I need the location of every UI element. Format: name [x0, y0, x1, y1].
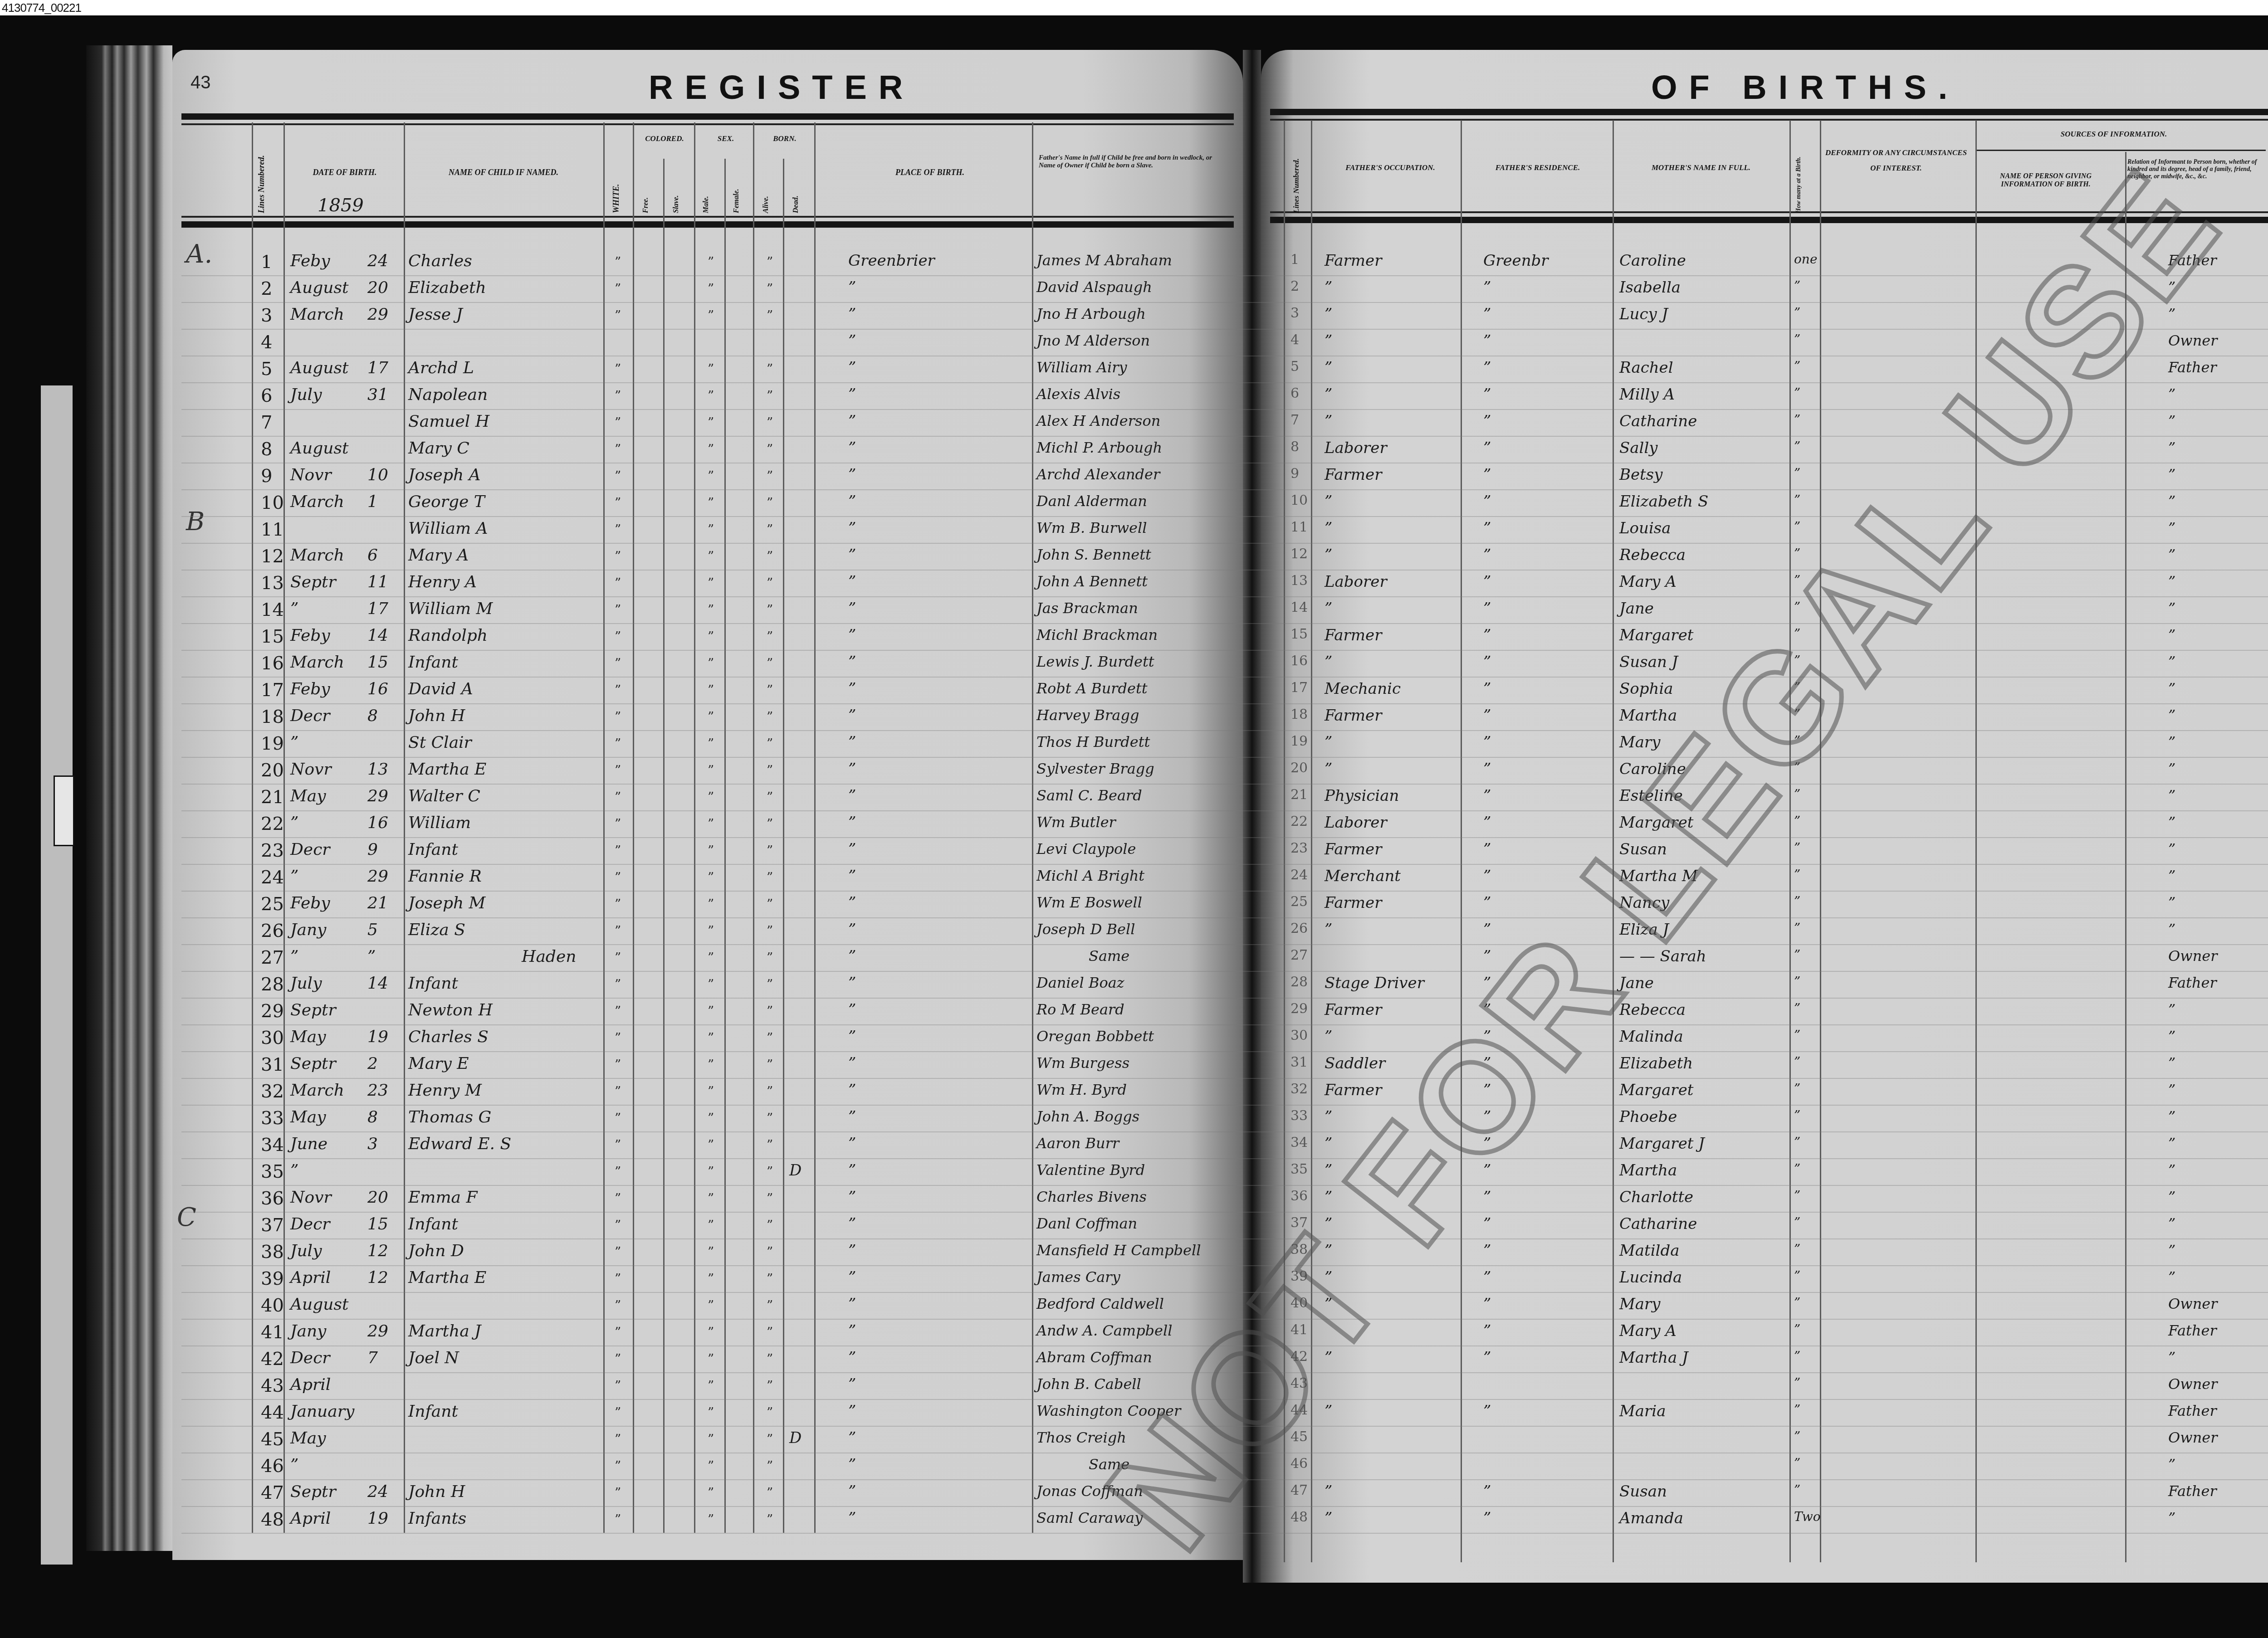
- ditto-mark: ”: [767, 254, 773, 269]
- mother-name: Betsy: [1619, 466, 1662, 484]
- how-many-at-birth: ”: [1794, 1215, 1800, 1230]
- ditto-mark: ”: [615, 709, 621, 724]
- header-father-occupation: FATHER'S OCCUPATION.: [1315, 163, 1465, 172]
- col-line: [603, 122, 605, 1533]
- place-of-birth: ”: [848, 439, 856, 457]
- line-number-right: 10: [1290, 492, 1308, 508]
- left-page-edges: [86, 45, 172, 1551]
- how-many-at-birth: ”: [1794, 385, 1800, 400]
- header-white: WHITE.: [611, 181, 621, 213]
- birth-month: January: [290, 1402, 354, 1421]
- col-line: [783, 159, 784, 1533]
- ditto-mark: ”: [767, 736, 773, 751]
- place-of-birth: ”: [848, 1001, 856, 1019]
- birth-day: 29: [367, 787, 388, 805]
- place-of-birth: ”: [848, 760, 856, 778]
- birth-month: August: [290, 359, 348, 377]
- father-residence: ”: [1483, 385, 1491, 404]
- birth-month: ”: [290, 1161, 298, 1180]
- birth-month: Septr: [290, 573, 336, 591]
- informant-relation: ”: [2168, 1268, 2175, 1286]
- ditto-mark: ”: [708, 1298, 714, 1313]
- row-rule: [181, 757, 2268, 758]
- child-name: Joseph A: [408, 466, 481, 484]
- ditto-mark: ”: [708, 1218, 714, 1233]
- place-of-birth: ”: [848, 573, 856, 591]
- line-number: 5: [261, 359, 272, 380]
- father-occupation: Merchant: [1325, 867, 1401, 885]
- mother-name: Catharine: [1619, 1215, 1697, 1233]
- child-name: Martha E: [408, 760, 486, 779]
- birth-day: 13: [367, 760, 388, 779]
- place-of-birth: ”: [848, 492, 856, 511]
- line-number-right: 28: [1290, 974, 1308, 990]
- line-number: 31: [261, 1054, 284, 1075]
- line-number-right: 21: [1290, 787, 1308, 803]
- place-of-birth: ”: [848, 519, 856, 537]
- birth-month: August: [290, 278, 348, 297]
- how-many-at-birth: ”: [1794, 359, 1800, 374]
- mother-name: Maria: [1619, 1402, 1666, 1420]
- header-lines-numbered-right: Lines Numbered.: [1292, 136, 1301, 213]
- header-deformity: DEFORMITY OR ANY CIRCUMSTANCES OF INTERE…: [1823, 145, 1969, 176]
- mother-name: Mary A: [1619, 1322, 1677, 1340]
- birth-month: Septr: [290, 1054, 336, 1073]
- informant-relation: ”: [2168, 573, 2175, 590]
- how-many-at-birth: ”: [1794, 1429, 1800, 1444]
- line-number: 3: [261, 305, 272, 326]
- ditto-mark: ”: [708, 1164, 714, 1179]
- birth-month: Novr: [290, 466, 332, 484]
- how-many-at-birth: ”: [1794, 412, 1800, 427]
- child-name: Eliza S: [408, 921, 465, 939]
- col-line: [404, 122, 405, 1533]
- birth-day: 14: [367, 626, 388, 645]
- informant-relation: ”: [2168, 1456, 2175, 1473]
- row-rule: [181, 917, 2268, 918]
- line-number-right: 33: [1290, 1108, 1308, 1124]
- informant-relation: ”: [2168, 840, 2175, 858]
- ditto-mark: ”: [708, 950, 714, 965]
- ditto-mark: ”: [615, 682, 621, 697]
- father-or-owner-name: Michl A Bright: [1036, 867, 1144, 884]
- line-number: 8: [261, 439, 272, 460]
- how-many-at-birth: ”: [1794, 439, 1800, 454]
- line-number-right: 16: [1290, 653, 1308, 669]
- informant-relation: ”: [2168, 466, 2175, 483]
- ditto-mark: ”: [708, 682, 714, 697]
- ditto-mark: ”: [708, 1244, 714, 1259]
- informant-relation: ”: [2168, 1242, 2175, 1259]
- how-many-at-birth: one: [1794, 252, 1817, 267]
- father-residence: ”: [1483, 359, 1491, 377]
- ditto-mark: ”: [767, 1298, 773, 1313]
- header-colored: COLORED.: [635, 134, 694, 143]
- line-number-right: 26: [1290, 921, 1308, 936]
- informant-relation: Father: [2168, 1402, 2217, 1419]
- informant-relation: ”: [2168, 1001, 2175, 1018]
- birth-month: Novr: [290, 1188, 332, 1207]
- ditto-mark: ”: [708, 1432, 714, 1447]
- how-many-at-birth: ”: [1794, 519, 1800, 534]
- line-number-right: 9: [1290, 466, 1299, 482]
- how-many-at-birth: ”: [1794, 492, 1800, 507]
- how-many-at-birth: ”: [1794, 1081, 1800, 1096]
- birth-day: 10: [367, 466, 388, 484]
- birth-month: Feby: [290, 626, 330, 645]
- line-number-right: 13: [1290, 573, 1308, 589]
- birth-month: May: [290, 1108, 326, 1126]
- ditto-mark: ”: [615, 1137, 621, 1152]
- birth-month: Feby: [290, 680, 330, 698]
- father-residence: ”: [1483, 278, 1491, 297]
- birth-day: 20: [367, 1188, 388, 1207]
- header-name-of-child: NAME OF CHILD IF NAMED.: [408, 168, 599, 177]
- mother-name: Martha J: [1619, 1349, 1688, 1367]
- line-number: 25: [261, 894, 284, 915]
- ditto-mark: ”: [615, 442, 621, 457]
- ditto-mark: ”: [767, 1351, 773, 1366]
- how-many-at-birth: ”: [1794, 305, 1800, 320]
- place-of-birth: ”: [848, 1482, 856, 1501]
- ditto-mark: ”: [615, 1405, 621, 1420]
- ditto-mark: ”: [708, 1378, 714, 1393]
- line-number-right: 2: [1290, 278, 1299, 294]
- birth-day: 19: [367, 1028, 388, 1046]
- father-or-owner-name: Wm B. Burwell: [1036, 519, 1147, 536]
- father-residence: ”: [1483, 787, 1491, 805]
- ditto-mark: ”: [708, 388, 714, 403]
- ditto-mark: ”: [615, 1111, 621, 1126]
- row-rule: [181, 1105, 2268, 1106]
- mother-name: Milly A: [1619, 385, 1675, 404]
- birth-month: April: [290, 1375, 331, 1394]
- line-number: 22: [261, 814, 284, 834]
- line-number: 30: [261, 1028, 284, 1048]
- how-many-at-birth: ”: [1794, 1349, 1800, 1364]
- row-rule: [181, 1158, 2268, 1159]
- place-of-birth: ”: [848, 1108, 856, 1126]
- ditto-mark: ”: [615, 816, 621, 831]
- line-number: 45: [261, 1429, 284, 1450]
- father-occupation: Farmer: [1325, 840, 1382, 858]
- ditto-mark: ”: [615, 1004, 621, 1019]
- ditto-mark: ”: [767, 1137, 773, 1152]
- how-many-at-birth: ”: [1794, 1375, 1800, 1390]
- father-or-owner-name: John A Bennett: [1036, 573, 1148, 590]
- ditto-mark: ”: [615, 950, 621, 965]
- child-name: George T: [408, 492, 485, 511]
- place-of-birth: ”: [848, 787, 856, 805]
- father-occupation: ”: [1325, 1108, 1332, 1126]
- child-name: John H: [408, 1482, 465, 1501]
- ditto-mark: ”: [615, 361, 621, 376]
- how-many-at-birth: ”: [1794, 1001, 1800, 1016]
- place-of-birth: ”: [848, 974, 856, 992]
- ditto-mark: ”: [767, 549, 773, 564]
- birth-month: Decr: [290, 707, 330, 725]
- place-of-birth: ”: [848, 1081, 856, 1099]
- child-name: Samuel H: [408, 412, 489, 431]
- child-name: Henry A: [408, 573, 477, 591]
- row-rule: [181, 998, 2268, 999]
- how-many-at-birth: Two: [1794, 1509, 1821, 1524]
- ditto-mark: ”: [708, 1405, 714, 1420]
- row-rule: [181, 1131, 2268, 1132]
- ditto-mark: ”: [615, 870, 621, 885]
- informant-relation: ”: [2168, 519, 2175, 536]
- ditto-mark: ”: [767, 1030, 773, 1045]
- ditto-mark: ”: [767, 522, 773, 537]
- how-many-at-birth: ”: [1794, 332, 1800, 347]
- father-or-owner-name: Archd Alexander: [1036, 466, 1160, 483]
- birth-day: 15: [367, 653, 388, 672]
- line-number: 14: [261, 600, 284, 620]
- ditto-mark: ”: [615, 1244, 621, 1259]
- father-residence: ”: [1483, 1509, 1491, 1527]
- header-place-of-birth: PLACE OF BIRTH.: [835, 168, 1025, 177]
- ditto-mark: ”: [615, 1218, 621, 1233]
- informant-relation: ”: [2168, 867, 2175, 884]
- mother-name: Amanda: [1619, 1509, 1683, 1527]
- ditto-mark: ”: [767, 361, 773, 376]
- how-many-at-birth: ”: [1794, 1188, 1800, 1203]
- ditto-mark: ”: [708, 468, 714, 483]
- mother-name: Mary: [1619, 1295, 1661, 1313]
- how-many-at-birth: ”: [1794, 1268, 1800, 1283]
- ditto-mark: ”: [615, 254, 621, 269]
- father-or-owner-name: John A. Boggs: [1036, 1108, 1139, 1125]
- row-rule: [181, 1024, 2268, 1025]
- birth-day: 17: [367, 600, 388, 618]
- place-of-birth: ”: [848, 385, 856, 404]
- birth-day: 8: [367, 707, 378, 725]
- ditto-mark: ”: [767, 897, 773, 912]
- ditto-mark: ”: [615, 1325, 621, 1340]
- mother-name: Elizabeth: [1619, 1054, 1693, 1072]
- birth-day: 15: [367, 1215, 388, 1233]
- father-or-owner-name: Wm E Boswell: [1036, 894, 1142, 911]
- line-number-right: 20: [1290, 760, 1308, 776]
- father-or-owner-name: Danl Coffman: [1036, 1215, 1137, 1232]
- father-occupation: ”: [1325, 332, 1332, 350]
- father-or-owner-name: Saml C. Beard: [1036, 787, 1142, 804]
- mother-name: Mary A: [1619, 573, 1677, 591]
- place-of-birth: ”: [848, 626, 856, 644]
- ditto-mark: ”: [767, 1271, 773, 1286]
- father-residence: ”: [1483, 760, 1491, 778]
- place-of-birth: ”: [848, 921, 856, 939]
- ditto-mark: ”: [708, 1485, 714, 1500]
- father-or-owner-name: John S. Bennett: [1036, 546, 1151, 563]
- line-number: 10: [261, 492, 284, 513]
- father-occupation: Farmer: [1325, 1001, 1382, 1019]
- place-of-birth: ”: [848, 653, 856, 671]
- ditto-mark: ”: [615, 281, 621, 296]
- informant-relation: ”: [2168, 760, 2175, 777]
- mother-name: Margaret: [1619, 626, 1693, 644]
- line-number: 32: [261, 1081, 284, 1102]
- header-date-of-birth: DATE OF BIRTH.: [290, 168, 399, 177]
- col-line: [814, 122, 816, 1533]
- birth-day: 19: [367, 1509, 388, 1528]
- birth-day: ”: [367, 947, 376, 966]
- child-name: Infant: [408, 1215, 458, 1233]
- birth-month: April: [290, 1509, 331, 1528]
- birth-month: Novr: [290, 760, 332, 779]
- ditto-mark: ”: [767, 495, 773, 510]
- child-name: Martha J: [408, 1322, 481, 1341]
- birth-month: May: [290, 1429, 326, 1448]
- father-or-owner-name: Valentine Byrd: [1036, 1161, 1145, 1179]
- child-name: Joseph M: [408, 894, 485, 912]
- father-occupation: ”: [1325, 546, 1332, 564]
- ditto-mark: ”: [708, 575, 714, 590]
- informant-relation: ”: [2168, 1135, 2175, 1152]
- line-number-right: 12: [1290, 546, 1308, 562]
- informant-relation: Father: [2168, 1482, 2217, 1500]
- father-occupation: ”: [1325, 492, 1332, 511]
- father-or-owner-name: Joseph D Bell: [1036, 921, 1135, 938]
- place-of-birth: ”: [848, 1402, 856, 1420]
- ditto-mark: ”: [767, 308, 773, 323]
- ditto-mark: ”: [708, 1351, 714, 1366]
- birth-day: 7: [367, 1349, 378, 1367]
- header-top-rule-right: [1270, 109, 2268, 115]
- row-rule: [181, 730, 2268, 731]
- line-number: 47: [261, 1482, 284, 1503]
- child-name: Martha E: [408, 1268, 486, 1287]
- informant-relation: Owner: [2168, 1429, 2217, 1446]
- ditto-mark: ”: [767, 1432, 773, 1447]
- birth-month: March: [290, 492, 344, 511]
- how-many-at-birth: ”: [1794, 1295, 1800, 1310]
- child-name: Henry M: [408, 1081, 482, 1100]
- informant-relation: ”: [2168, 1509, 2175, 1526]
- father-residence: ”: [1483, 1482, 1491, 1501]
- place-of-birth: ”: [848, 305, 856, 323]
- father-or-owner-name: Same: [1089, 947, 1129, 965]
- birth-month: Decr: [290, 1349, 330, 1367]
- child-name: Mary E: [408, 1054, 469, 1073]
- how-many-at-birth: ”: [1794, 1402, 1800, 1417]
- ditto-mark: ”: [615, 923, 621, 938]
- ditto-mark: ”: [767, 950, 773, 965]
- line-number-right: 30: [1290, 1028, 1308, 1043]
- place-of-birth: ”: [848, 600, 856, 618]
- row-rule: [181, 703, 2268, 704]
- informant-relation: Father: [2168, 359, 2217, 376]
- row-rule: [181, 971, 2268, 972]
- row-rule: [181, 1212, 2268, 1213]
- place-of-birth: ”: [848, 1456, 856, 1474]
- ditto-mark: ”: [708, 763, 714, 778]
- birth-day: 12: [367, 1268, 388, 1287]
- ditto-mark: ”: [615, 1191, 621, 1206]
- how-many-at-birth: ”: [1794, 1242, 1800, 1257]
- father-or-owner-name: James Cary: [1036, 1268, 1120, 1286]
- child-name: Joel N: [408, 1349, 459, 1367]
- birth-day: 17: [367, 359, 388, 377]
- father-residence: ”: [1483, 1322, 1491, 1340]
- image-label-strip: 4130774_00221: [0, 0, 2268, 15]
- born-dead-mark: D: [789, 1429, 802, 1447]
- header-born-dead: Dead.: [792, 190, 800, 213]
- how-many-at-birth: ”: [1794, 1135, 1800, 1150]
- line-number: 11: [261, 519, 284, 540]
- ditto-mark: ”: [708, 254, 714, 269]
- place-of-birth: ”: [848, 1509, 856, 1527]
- ditto-mark: ”: [767, 816, 773, 831]
- father-or-owner-name: Lewis J. Burdett: [1036, 653, 1154, 670]
- ditto-mark: ”: [615, 1485, 621, 1500]
- place-of-birth: Greenbrier: [848, 252, 935, 270]
- header-how-many: How many at a Birth.: [1795, 136, 1803, 213]
- father-residence: ”: [1483, 600, 1491, 618]
- margin-letter-c: C: [177, 1203, 196, 1232]
- line-number: 13: [261, 573, 284, 594]
- father-occupation: Laborer: [1325, 814, 1387, 832]
- place-of-birth: ”: [848, 1242, 856, 1260]
- father-or-owner-name: Thos H Burdett: [1036, 733, 1150, 751]
- ditto-mark: ”: [767, 923, 773, 938]
- father-or-owner-name: Jas Brackman: [1036, 600, 1138, 617]
- ditto-mark: ”: [767, 656, 773, 671]
- father-occupation: Farmer: [1325, 466, 1382, 484]
- informant-relation: ”: [2168, 1108, 2175, 1125]
- line-number: 15: [261, 626, 284, 647]
- mother-name: Sally: [1619, 439, 1658, 457]
- line-number: 19: [261, 733, 284, 754]
- birth-day: 14: [367, 974, 388, 993]
- informant-relation: ”: [2168, 653, 2175, 670]
- ditto-mark: ”: [708, 1512, 714, 1527]
- informant-relation: ”: [2168, 492, 2175, 510]
- header-colored-free: Free.: [642, 190, 650, 213]
- ditto-mark: ”: [708, 1325, 714, 1340]
- father-or-owner-name: Alex H Anderson: [1036, 412, 1160, 429]
- father-or-owner-name: Bedford Caldwell: [1036, 1295, 1164, 1312]
- father-occupation: ”: [1325, 385, 1332, 404]
- ditto-mark: ”: [767, 843, 773, 858]
- father-occupation: ”: [1325, 760, 1332, 778]
- father-residence: ”: [1483, 707, 1491, 725]
- ditto-mark: ”: [615, 1432, 621, 1447]
- row-rule: [181, 650, 2268, 651]
- father-occupation: Physician: [1325, 787, 1399, 805]
- birth-day: 20: [367, 278, 388, 297]
- ditto-mark: ”: [615, 468, 621, 483]
- child-name: Thomas G: [408, 1108, 491, 1126]
- child-name: Infant: [408, 653, 458, 672]
- birth-month: Feby: [290, 252, 330, 270]
- ditto-mark: ”: [708, 1004, 714, 1019]
- col-line: [1032, 122, 1033, 1533]
- ditto-mark: ”: [615, 977, 621, 992]
- informant-relation: ”: [2168, 814, 2175, 831]
- how-many-at-birth: ”: [1794, 1028, 1800, 1043]
- margin-letter-b: B: [186, 507, 205, 536]
- line-number-right: 47: [1290, 1482, 1308, 1498]
- col-line: [694, 122, 695, 1533]
- header-father-residence: FATHER'S RESIDENCE.: [1465, 163, 1610, 172]
- row-rule: [181, 1265, 2268, 1266]
- father-occupation: ”: [1325, 653, 1332, 671]
- left-page-number: 43: [191, 73, 211, 93]
- father-residence: ”: [1483, 519, 1491, 537]
- father-residence: ”: [1483, 921, 1491, 939]
- ditto-mark: ”: [767, 1057, 773, 1072]
